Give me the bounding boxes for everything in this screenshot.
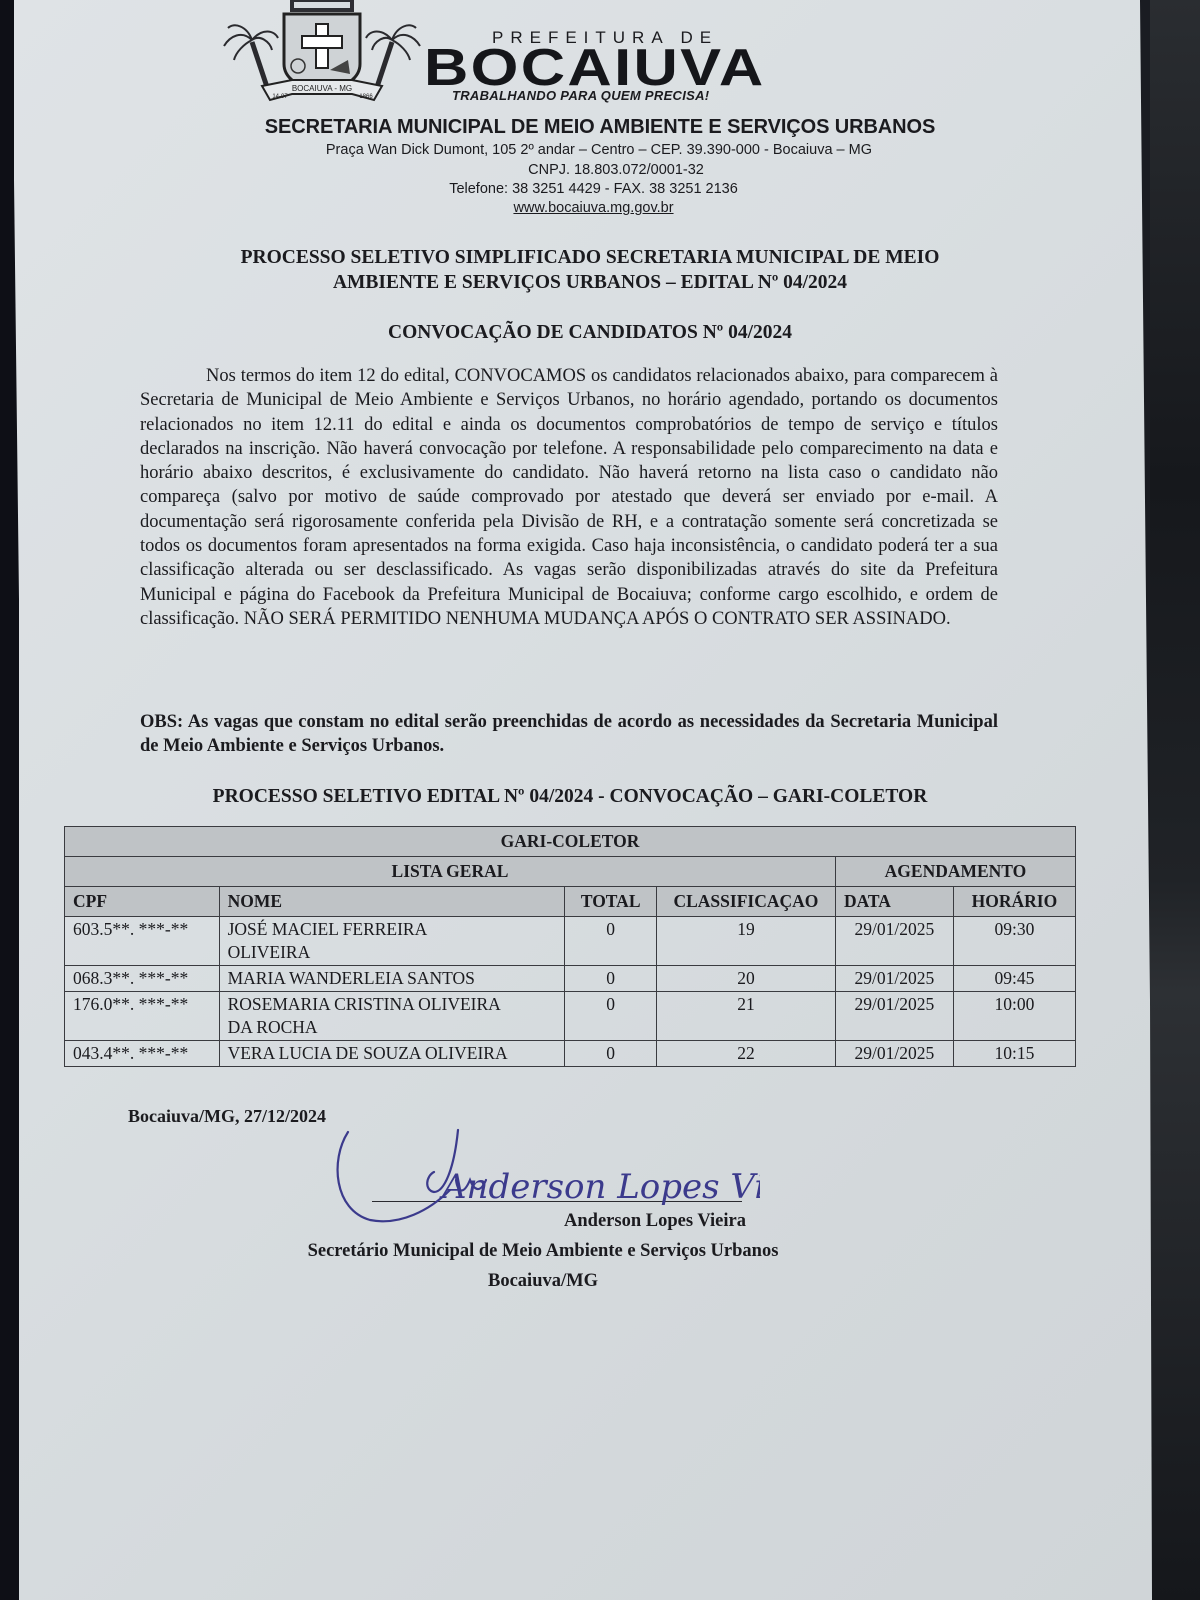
column-header-total: TOTAL [565,887,657,917]
nome-line-1: JOSÉ MACIEL FERREIRA [228,918,557,941]
convocacao-title: CONVOCAÇÃO DE CANDIDATOS Nº 04/2024 [140,320,1040,345]
document-title-line-1: PROCESSO SELETIVO SIMPLIFICADO SECRETARI… [140,245,1040,270]
cell-classificacao: 19 [656,917,835,966]
lista-geral-header: LISTA GERAL [65,857,836,887]
cell-total: 0 [565,1041,657,1067]
cell-total: 0 [565,992,657,1041]
cell-total: 0 [565,917,657,966]
municipal-crest-icon: BOCAIUVA - MG 14-07 1866 [222,0,422,106]
address-line: Praça Wan Dick Dumont, 105 2º andar – Ce… [260,142,872,158]
table-row: 068.3**. ***-** MARIA WANDERLEIA SANTOS … [65,966,1076,992]
column-header-data: DATA [835,887,953,917]
nome-line-2: DA ROCHA [228,1016,557,1039]
cargo-header: GARI-COLETOR [65,827,1076,857]
cell-horario: 10:15 [953,1041,1075,1067]
slogan: TRABALHANDO PARA QUEM PRECISA! [452,88,709,103]
agendamento-header: AGENDAMENTO [835,857,1075,887]
cell-classificacao: 21 [656,992,835,1041]
cell-nome: JOSÉ MACIEL FERREIRAOLIVEIRA [219,917,565,966]
signer-name: Anderson Lopes Vieira [260,1206,1050,1236]
cell-cpf: 043.4**. ***-** [65,1041,220,1067]
cell-classificacao: 20 [656,966,835,992]
svg-text:BOCAIUVA - MG: BOCAIUVA - MG [292,84,352,93]
body-paragraph: Nos termos do item 12 do edital, CONVOCA… [140,364,998,631]
website-link[interactable]: www.bocaiuva.mg.gov.br [260,200,872,216]
table-group-header-row: LISTA GERAL AGENDAMENTO [65,857,1076,887]
cell-total: 0 [565,966,657,992]
cell-horario: 10:00 [953,992,1075,1041]
cell-data: 29/01/2025 [835,917,953,966]
column-header-classificacao: CLASSIFICAÇAO [656,887,835,917]
svg-text:Anderson Lopes Vieira: Anderson Lopes Vieira [439,1167,760,1207]
cell-data: 29/01/2025 [835,1041,953,1067]
background-car-seat [1150,0,1200,1600]
column-header-horario: HORÁRIO [953,887,1075,917]
cell-cpf: 176.0**. ***-** [65,992,220,1041]
column-header-nome: NOME [219,887,565,917]
cell-nome: VERA LUCIA DE SOUZA OLIVEIRA [219,1041,565,1067]
candidates-table: GARI-COLETOR LISTA GERAL AGENDAMENTO CPF… [64,826,1076,1067]
signer-role: Secretário Municipal de Meio Ambiente e … [148,1236,938,1266]
cnpj-line: CNPJ. 18.803.072/0001-32 [260,162,872,178]
table-row: 043.4**. ***-** VERA LUCIA DE SOUZA OLIV… [65,1041,1076,1067]
svg-text:14-07: 14-07 [272,94,288,100]
cell-data: 29/01/2025 [835,966,953,992]
nome-line-2: OLIVEIRA [228,941,557,964]
column-header-cpf: CPF [65,887,220,917]
cell-classificacao: 22 [656,1041,835,1067]
cell-horario: 09:30 [953,917,1075,966]
document-title-line-2: AMBIENTE E SERVIÇOS URBANOS – EDITAL Nº … [140,270,1040,295]
table-row: 603.5**. ***-** JOSÉ MACIEL FERREIRAOLIV… [65,917,1076,966]
cell-horario: 09:45 [953,966,1075,992]
secretaria-title: SECRETARIA MUNICIPAL DE MEIO AMBIENTE E … [96,116,1104,139]
cell-nome: ROSEMARIA CRISTINA OLIVEIRADA ROCHA [219,992,565,1041]
document-title: PROCESSO SELETIVO SIMPLIFICADO SECRETARI… [140,245,1040,295]
signer-city: Bocaiuva/MG [148,1266,938,1296]
cell-cpf: 603.5**. ***-** [65,917,220,966]
phone-line: Telefone: 38 3251 4429 - FAX. 38 3251 21… [260,181,872,197]
cell-data: 29/01/2025 [835,992,953,1041]
place-date: Bocaiuva/MG, 27/12/2024 [128,1106,326,1127]
cell-nome: MARIA WANDERLEIA SANTOS [219,966,565,992]
cell-cpf: 068.3**. ***-** [65,966,220,992]
table-cargo-header-row: GARI-COLETOR [65,827,1076,857]
svg-text:1866: 1866 [359,94,373,100]
nome-line-1: ROSEMARIA CRISTINA OLIVEIRA [228,993,557,1016]
table-row: 176.0**. ***-** ROSEMARIA CRISTINA OLIVE… [65,992,1076,1041]
table-title: PROCESSO SELETIVO EDITAL Nº 04/2024 - CO… [140,786,1000,808]
table-column-header-row: CPF NOME TOTAL CLASSIFICAÇAO DATA HORÁRI… [65,887,1076,917]
obs-note: OBS: As vagas que constam no edital serã… [140,710,998,758]
